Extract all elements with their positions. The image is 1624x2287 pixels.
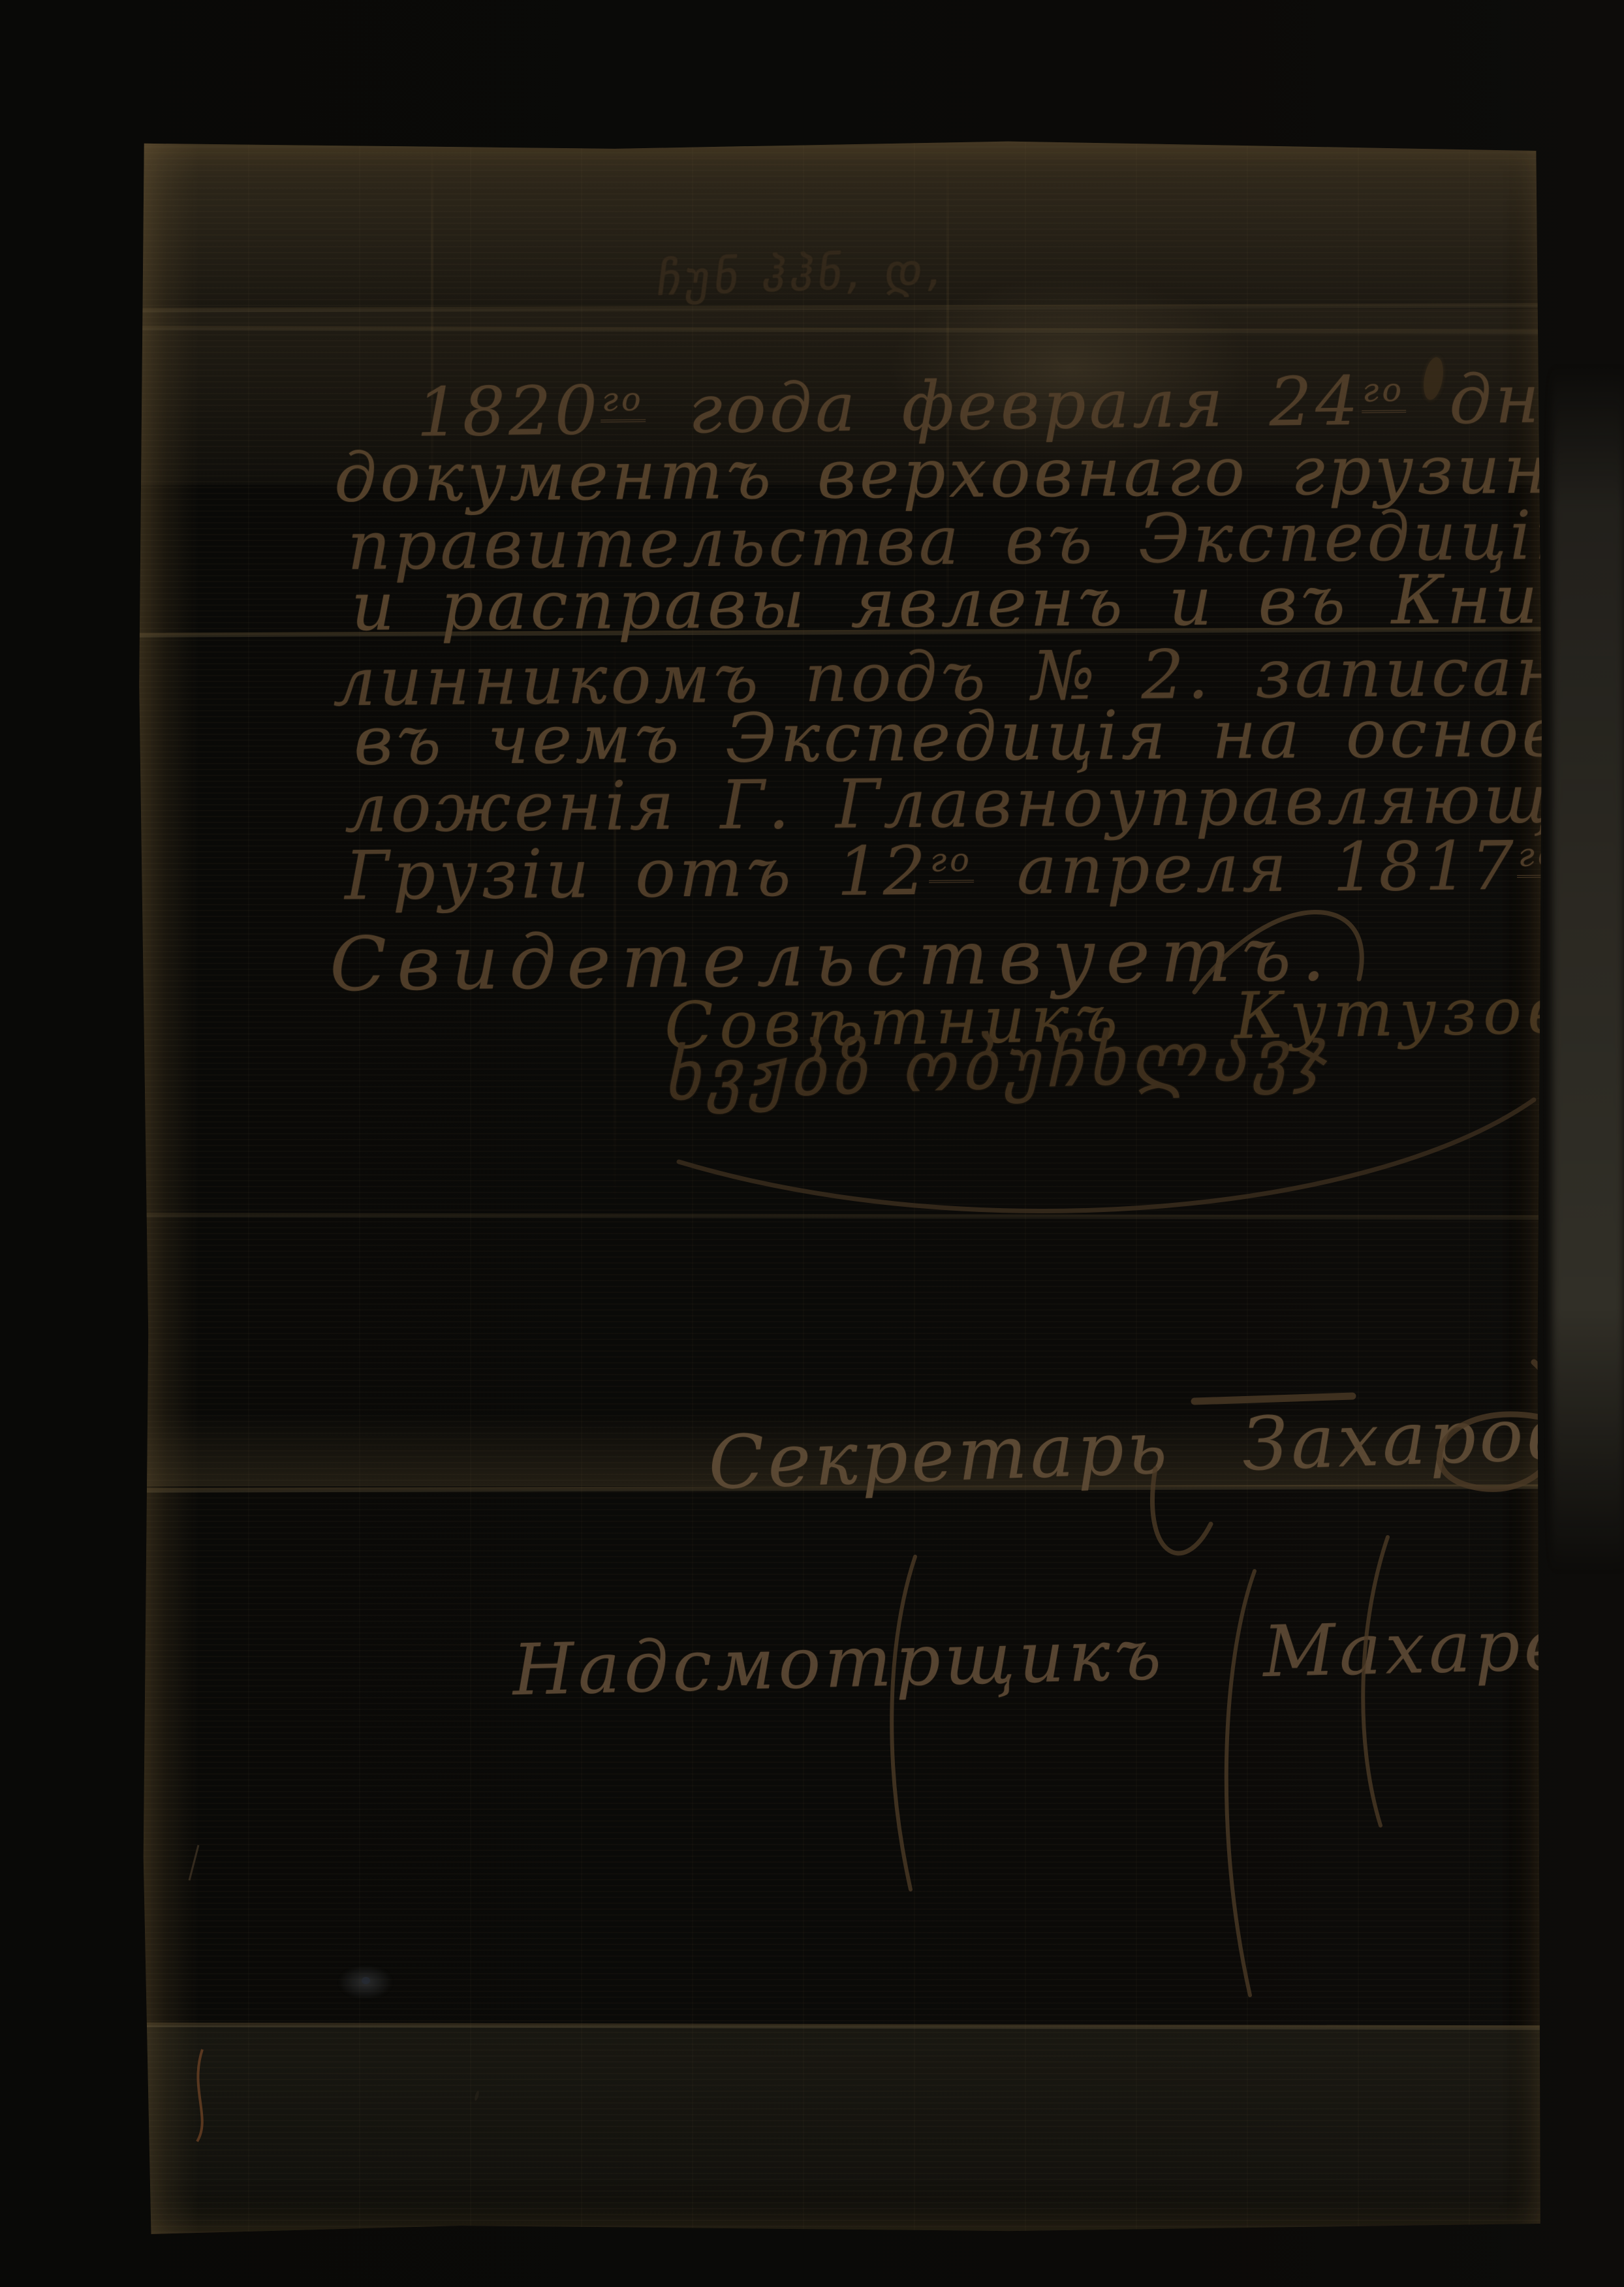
paper-scratch (197, 2049, 202, 2141)
superscript-ordinal: го (601, 380, 646, 422)
background-light-strip (1552, 366, 1624, 1573)
georgian-docket: ჩუნ ჰჰნ, დ, (654, 243, 950, 306)
overseer-signature: Надсмотрщикъ Махарелидзъ (512, 1598, 1624, 1712)
superscript-ordinal: го (1361, 371, 1407, 413)
grey-smudge (338, 1965, 393, 1999)
margin-tick (189, 1845, 198, 1880)
stain-left-column (137, 140, 199, 2234)
photo-background: ჩუნ ჰჰნ, დ, 1820го года февраля 24го дня… (0, 0, 1624, 2287)
fold-crease (137, 303, 1542, 313)
fold-crease (137, 326, 1542, 334)
small-fiber-speck (474, 2091, 480, 2102)
body-line-8-text: Грузіи отъ 12 (345, 832, 929, 916)
fold-crease (137, 1213, 1542, 1220)
manuscript-page: ჩუნ ჰჰნ, დ, 1820го года февраля 24го дня… (137, 140, 1542, 2234)
body-line-8: Грузіи отъ 12го апреля 1817го года (345, 824, 1624, 915)
body-line-8-text: апреля 1817 (973, 827, 1517, 910)
secretary-signature: Секретарь Захаровъ (707, 1390, 1624, 1506)
grey-smudge-core (362, 1977, 370, 1984)
superscript-ordinal: го (929, 841, 974, 883)
fold-crease (137, 2023, 1542, 2030)
stain-bottom-band (137, 2025, 1542, 2234)
